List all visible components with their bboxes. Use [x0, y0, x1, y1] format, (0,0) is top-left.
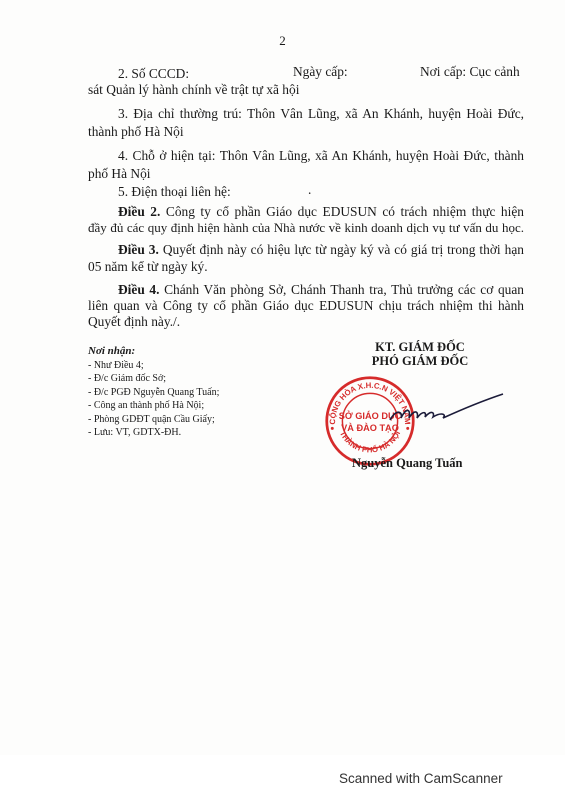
article4-line1: Điều 4. Chánh Văn phòng Sở, Chánh Thanh … [118, 282, 524, 298]
article2-heading: Điều 2. [118, 204, 160, 219]
svg-text:THÀNH PHỐ HÀ NỘI: THÀNH PHỐ HÀ NỘI [338, 429, 402, 454]
recipients-list: Nơi nhận: - Như Điều 4; - Đ/c Giám đốc S… [88, 345, 219, 440]
article3-heading: Điều 3. [118, 242, 159, 257]
scanner-watermark: Scanned with CamScanner [339, 771, 503, 786]
recipient-item: - Lưu: VT, GDTX-ĐH. [88, 426, 219, 440]
current-address-line2: phố Hà Nội [88, 166, 150, 182]
issue-date-label: Ngày cấp: [293, 64, 348, 80]
signature-title-1: KT. GIÁM ĐỐC [330, 340, 510, 354]
phone-label: 5. Điện thoại liên hệ: [118, 184, 231, 200]
recipients-title: Nơi nhận: [88, 345, 219, 359]
article2-line1: Điều 2. Công ty cổ phần Giáo dục EDUSUN … [118, 204, 524, 220]
recipient-item: - Phòng GDĐT quận Cầu Giấy; [88, 413, 219, 427]
article4-line2: liên quan và Công ty cổ phần Giáo dục ED… [88, 298, 524, 314]
cccd-continuation: sát Quản lý hành chính về trật tự xã hội [88, 82, 299, 98]
signer-name: Nguyễn Quang Tuấn [352, 456, 462, 471]
document-page: 2 2. Số CCCD: Ngày cấp: Nơi cấp: Cục cản… [0, 0, 565, 755]
recipient-item: - Công an thành phố Hà Nội; [88, 399, 219, 413]
cccd-label: 2. Số CCCD: [118, 66, 189, 82]
article3-line1: Điều 3. Quyết định này có hiệu lực từ ng… [118, 242, 524, 258]
signature-title-2: PHÓ GIÁM ĐỐC [330, 354, 510, 368]
article2-line2: đầy đủ các quy định hiện hành của Nhà nư… [88, 220, 524, 236]
permanent-address-line2: thành phố Hà Nội [88, 124, 184, 140]
issue-place-label: Nơi cấp: Cục cảnh [420, 64, 520, 80]
signature-block: KT. GIÁM ĐỐC PHÓ GIÁM ĐỐC [330, 340, 510, 368]
phone-value: . [308, 182, 311, 198]
article3-line2: 05 năm kể từ ngày ký. [88, 259, 208, 275]
recipient-item: - Đ/c PGĐ Nguyễn Quang Tuấn; [88, 386, 219, 400]
recipient-item: - Đ/c Giám đốc Sở; [88, 372, 219, 386]
current-address-line1: 4. Chỗ ở hiện tại: Thôn Vân Lũng, xã An … [118, 148, 524, 164]
permanent-address-line1: 3. Địa chỉ thường trú: Thôn Vân Lũng, xã… [118, 106, 524, 122]
handwritten-signature-icon [385, 390, 505, 430]
article4-heading: Điều 4. [118, 282, 159, 297]
article4-line3: Quyết định này./. [88, 314, 180, 330]
page-number: 2 [0, 33, 565, 49]
recipient-item: - Như Điều 4; [88, 359, 219, 373]
